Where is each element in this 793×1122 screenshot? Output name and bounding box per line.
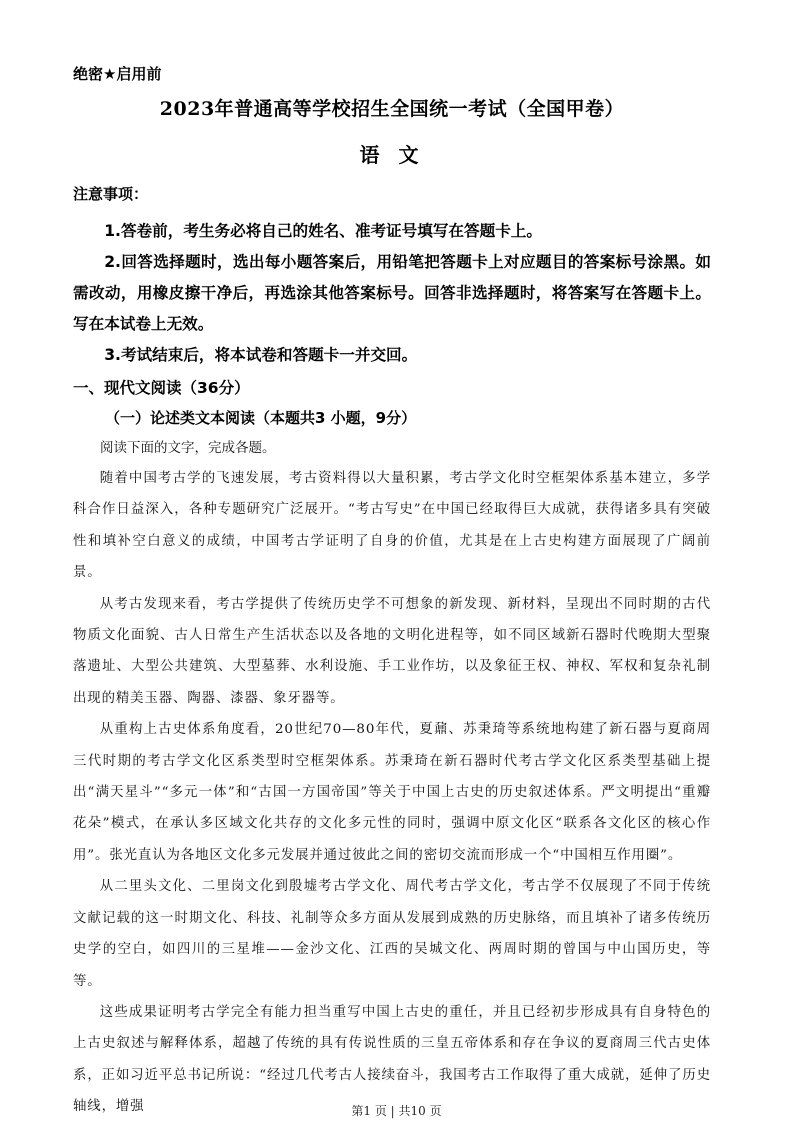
section-heading: 一、现代文阅读（36分） — [73, 373, 711, 403]
passage-paragraph: 从考古发现来看，考古学提供了传统历史学不可想象的新发现、新材料，呈现出不同时期的… — [73, 589, 711, 715]
passage-paragraph: 从重构上古史体系角度看，20世纪70—80年代，夏鼐、苏秉琦等系统地构建了新石器… — [73, 714, 711, 871]
notice-heading: 注意事项： — [73, 182, 711, 206]
notice-item: 1.答卷前，考生务必将自己的姓名、准考证号填写在答题卡上。 — [73, 216, 711, 247]
notice-item: 2.回答选择题时，选出每小题答案后，用铅笔把答题卡上对应题目的答案标号涂黑。如需… — [73, 247, 711, 340]
passage-paragraph: 从二里头文化、二里岗文化到殷墟考古学文化、周代考古学文化，考古学不仅展现了不同于… — [73, 871, 711, 997]
subsection-heading: （一）论述类文本阅读（本题共3 小题，9分） — [105, 403, 711, 433]
reading-section: 一、现代文阅读（36分） （一）论述类文本阅读（本题共3 小题，9分） 阅读下面… — [73, 373, 711, 1122]
page-footer: 第1 页 | 共10 页 — [0, 1102, 793, 1119]
notice-item: 3.考试结束后，将本试卷和答题卡一并交回。 — [73, 340, 711, 371]
exam-title: 2023年普通高等学校招生全国统一考试（全国甲卷） — [73, 94, 711, 124]
subject-title: 语 文 — [73, 140, 711, 170]
passage-paragraph: 随着中国考古学的飞速发展，考古资料得以大量积累，考古学文化时空框架体系基本建立，… — [73, 463, 711, 589]
exam-page: 绝密★启用前 2023年普通高等学校招生全国统一考试（全国甲卷） 语 文 注意事… — [73, 62, 711, 1122]
confidential-label: 绝密★启用前 — [73, 62, 711, 86]
reading-instruction: 阅读下面的文字，完成各题。 — [73, 433, 711, 463]
notice-block: 注意事项： 1.答卷前，考生务必将自己的姓名、准考证号填写在答题卡上。 2.回答… — [73, 182, 711, 371]
